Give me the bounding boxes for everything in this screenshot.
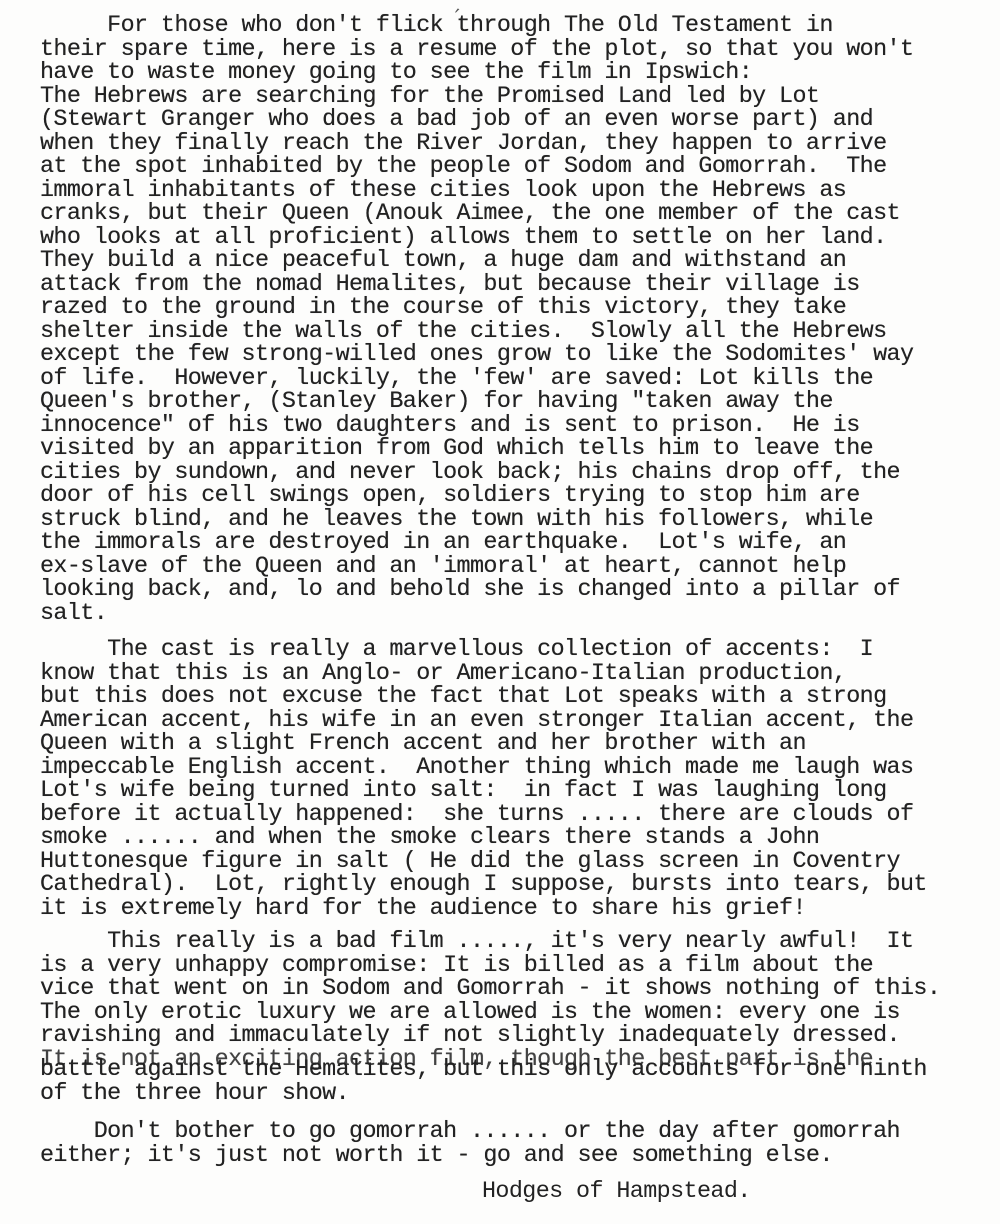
text-line: Cathedral). Lot, rightly enough I suppos… — [40, 873, 927, 897]
text-line: of the three hour show. — [40, 1082, 349, 1106]
typewritten-page: , For those who don't flick through The … — [0, 0, 1000, 1224]
text-line: innocence" of his two daughters and is s… — [40, 414, 860, 438]
text-line: cranks, but their Queen (Anouk Aimee, th… — [40, 202, 900, 226]
text-line: who looks at all proficient) allows them… — [40, 226, 887, 250]
text-line: vice that went on in Sodom and Gomorrah … — [40, 977, 940, 1001]
text-line: either; it's just not worth it - go and … — [40, 1144, 833, 1168]
text-line: struck blind, and he leaves the town wit… — [40, 508, 873, 532]
text-line: For those who don't flick through The Ol… — [40, 14, 833, 38]
text-line: except the few strong-willed ones grow t… — [40, 343, 913, 367]
text-line: Lot's wife being turned into salt: in fa… — [40, 779, 887, 803]
text-line: the immorals are destroyed in an earthqu… — [40, 531, 846, 555]
text-line: know that this is an Anglo- or Americano… — [40, 662, 846, 686]
text-line: before it actually happened: she turns .… — [40, 803, 913, 827]
text-line: Queen with a slight French accent and he… — [40, 732, 806, 756]
text-line: it is extremely hard for the audience to… — [40, 897, 806, 921]
text-line: at the spot inhabited by the people of S… — [40, 155, 887, 179]
text-line: The Hebrews are searching for the Promis… — [40, 85, 819, 109]
text-line: American accent, his wife in an even str… — [40, 709, 913, 733]
text-line: visited by an apparition from God which … — [40, 437, 873, 461]
text-line: ex-slave of the Queen and an 'immoral' a… — [40, 555, 846, 579]
text-line: is a very unhappy compromise: It is bill… — [40, 954, 873, 978]
text-line: Don't bother to go gomorrah ...... or th… — [40, 1120, 900, 1144]
text-line: The only erotic luxury we are allowed is… — [40, 1001, 900, 1025]
text-line: shelter inside the walls of the cities. … — [40, 320, 887, 344]
text-line: Queen's brother, (Stanley Baker) for hav… — [40, 390, 833, 414]
text-line: smoke ...... and when the smoke clears t… — [40, 826, 819, 850]
text-line: but this does not excuse the fact that L… — [40, 685, 887, 709]
text-line: razed to the ground in the course of thi… — [40, 296, 846, 320]
text-line: ravishing and immaculately if not slight… — [40, 1024, 900, 1048]
text-line: of life. However, luckily, the 'few' are… — [40, 367, 873, 391]
text-line: door of his cell swings open, soldiers t… — [40, 484, 860, 508]
signature: Hodges of Hampstead. — [482, 1180, 751, 1204]
text-line: when they finally reach the River Jordan… — [40, 132, 887, 156]
text-line: looking back, and, lo and behold she is … — [40, 578, 900, 602]
text-line: They build a nice peaceful town, a huge … — [40, 249, 846, 273]
text-line: (Stewart Granger who does a bad job of a… — [40, 108, 873, 132]
text-line: have to waste money going to see the fil… — [40, 61, 752, 85]
text-line: attack from the nomad Hemalites, but bec… — [40, 273, 860, 297]
text-line: salt. — [40, 602, 107, 626]
text-line: cities by sundown, and never look back; … — [40, 461, 900, 485]
text-line: their spare time, here is a resume of th… — [40, 38, 913, 62]
text-line: impeccable English accent. Another thing… — [40, 756, 913, 780]
text-line: immoral inhabitants of these cities look… — [40, 179, 846, 203]
text-line: Huttonesque figure in salt ( He did the … — [40, 850, 900, 874]
text-line: battle against the Hemalites, but this o… — [40, 1058, 927, 1082]
text-line: The cast is really a marvellous collecti… — [40, 638, 873, 662]
text-line: This really is a bad film ....., it's ve… — [40, 930, 913, 954]
